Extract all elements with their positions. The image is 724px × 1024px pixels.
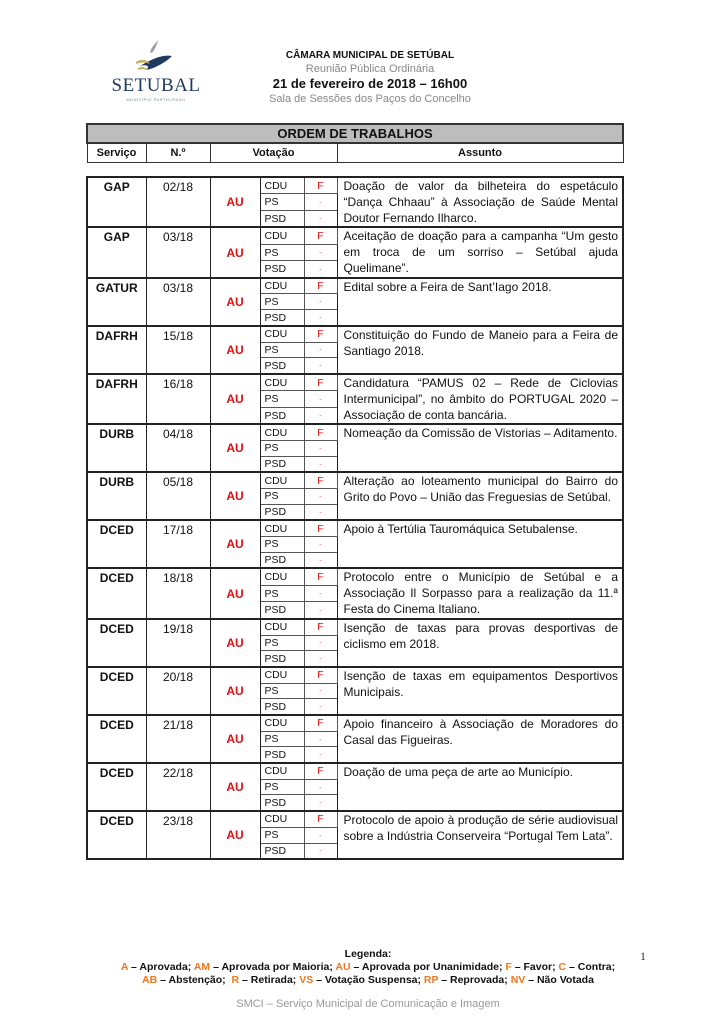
legend-title: Legenda: bbox=[80, 948, 656, 960]
logo-tagline: MUNICÍPIO PARTICIPADO bbox=[114, 97, 198, 102]
number-cell: 18/18 bbox=[146, 568, 210, 618]
vote-cell: - bbox=[304, 489, 337, 505]
vote-cell: - bbox=[304, 635, 337, 651]
vote-cell: F bbox=[304, 520, 337, 536]
legend-line-2: AB – Abstenção; R – Retirada; VS – Votaç… bbox=[80, 974, 656, 986]
subject-cell: Doação de uma peça de arte ao Município. bbox=[337, 763, 623, 811]
legend-description: – Contra; bbox=[566, 961, 615, 973]
vote-cell: - bbox=[304, 585, 337, 601]
number-cell: 02/18 bbox=[146, 177, 210, 227]
vote-cell: - bbox=[304, 310, 337, 326]
vote-cell: - bbox=[304, 358, 337, 374]
party-cell: PS bbox=[260, 779, 304, 795]
service-cell: GAP bbox=[87, 227, 146, 277]
footer-text: SMCI – Serviço Municipal de Comunicação … bbox=[80, 998, 656, 1010]
legend-description: – Aprovada por Unanimidade; bbox=[351, 961, 506, 973]
column-header-subject: Assunto bbox=[337, 143, 623, 163]
vote-cell: - bbox=[304, 261, 337, 278]
column-header-vote: Votação bbox=[210, 143, 337, 163]
vote-cell: - bbox=[304, 294, 337, 310]
party-cell: PS bbox=[260, 342, 304, 358]
party-cell: PSD bbox=[260, 456, 304, 472]
party-cell: PSD bbox=[260, 407, 304, 424]
logo-wordmark: SETUBAL bbox=[106, 75, 206, 97]
vote-cell: F bbox=[304, 715, 337, 731]
vote-cell: - bbox=[304, 699, 337, 715]
vote-cell: - bbox=[304, 342, 337, 358]
organization-name: CÂMARA MUNICIPAL DE SETÚBAL bbox=[240, 50, 500, 61]
legend-code: AM bbox=[194, 961, 210, 973]
vote-cell: F bbox=[304, 374, 337, 391]
legend-description: – Abstenção; bbox=[157, 974, 231, 986]
party-cell: CDU bbox=[260, 715, 304, 731]
party-cell: PS bbox=[260, 440, 304, 456]
party-cell: CDU bbox=[260, 326, 304, 342]
party-cell: PS bbox=[260, 294, 304, 310]
vote-cell: - bbox=[304, 683, 337, 699]
number-cell: 15/18 bbox=[146, 326, 210, 374]
result-cell: AU bbox=[210, 619, 260, 667]
party-cell: CDU bbox=[260, 568, 304, 585]
subject-cell: Isenção de taxas para provas desportivas… bbox=[337, 619, 623, 667]
logo-swoosh-icon bbox=[106, 40, 206, 76]
subject-cell: Doação de valor da bilheteira do espetác… bbox=[337, 177, 623, 227]
table-row: DURB04/18AUCDUFNomeação da Comissão de V… bbox=[87, 424, 623, 440]
service-cell: DURB bbox=[87, 472, 146, 520]
vote-cell: F bbox=[304, 568, 337, 585]
subject-cell: Alteração ao loteamento municipal do Bai… bbox=[337, 472, 623, 520]
vote-cell: - bbox=[304, 440, 337, 456]
agenda-table: GAP02/18AUCDUFDoação de valor da bilhete… bbox=[86, 176, 624, 860]
vote-cell: F bbox=[304, 227, 337, 244]
vote-cell: - bbox=[304, 244, 337, 260]
party-cell: PS bbox=[260, 585, 304, 601]
subject-cell: Apoio à Tertúlia Tauromáquica Setubalens… bbox=[337, 520, 623, 568]
subject-cell: Aceitação de doação para a campanha “Um … bbox=[337, 227, 623, 277]
result-cell: AU bbox=[210, 568, 260, 618]
subject-cell: Isenção de taxas em equipamentos Desport… bbox=[337, 667, 623, 715]
vote-cell: F bbox=[304, 811, 337, 827]
legend-description: – Não Votada bbox=[525, 974, 594, 986]
result-cell: AU bbox=[210, 177, 260, 227]
subject-cell: Protocolo entre o Município de Setúbal e… bbox=[337, 568, 623, 618]
party-cell: CDU bbox=[260, 227, 304, 244]
party-cell: PSD bbox=[260, 651, 304, 667]
table-row: DCED17/18AUCDUFApoio à Tertúlia Tauromáq… bbox=[87, 520, 623, 536]
legend-code: R bbox=[232, 974, 240, 986]
party-cell: PS bbox=[260, 635, 304, 651]
vote-cell: - bbox=[304, 537, 337, 553]
service-cell: DCED bbox=[87, 667, 146, 715]
party-cell: CDU bbox=[260, 374, 304, 391]
vote-cell: - bbox=[304, 747, 337, 763]
party-cell: PS bbox=[260, 391, 304, 407]
result-cell: AU bbox=[210, 374, 260, 424]
result-cell: AU bbox=[210, 667, 260, 715]
result-cell: AU bbox=[210, 278, 260, 326]
vote-cell: F bbox=[304, 278, 337, 294]
service-cell: DCED bbox=[87, 715, 146, 763]
party-cell: CDU bbox=[260, 520, 304, 536]
party-cell: CDU bbox=[260, 278, 304, 294]
subject-cell: Apoio financeiro à Associação de Morador… bbox=[337, 715, 623, 763]
party-cell: PSD bbox=[260, 747, 304, 763]
vote-cell: - bbox=[304, 194, 337, 210]
meeting-date-time: 21 de fevereiro de 2018 – 16h00 bbox=[240, 76, 500, 91]
vote-cell: F bbox=[304, 763, 337, 779]
legend-code: A bbox=[121, 961, 128, 973]
legend-code: AU bbox=[335, 961, 350, 973]
vote-cell: - bbox=[304, 779, 337, 795]
table-row: GATUR03/18AUCDUFEdital sobre a Feira de … bbox=[87, 278, 623, 294]
service-cell: DCED bbox=[87, 520, 146, 568]
party-cell: PSD bbox=[260, 358, 304, 374]
service-cell: GATUR bbox=[87, 278, 146, 326]
legend-description: – Favor; bbox=[512, 961, 559, 973]
result-cell: AU bbox=[210, 227, 260, 277]
number-cell: 20/18 bbox=[146, 667, 210, 715]
party-cell: PS bbox=[260, 827, 304, 843]
party-cell: PS bbox=[260, 683, 304, 699]
party-cell: PSD bbox=[260, 843, 304, 859]
legend-code: RP bbox=[424, 974, 438, 986]
table-row: DCED19/18AUCDUFIsenção de taxas para pro… bbox=[87, 619, 623, 635]
vote-cell: F bbox=[304, 424, 337, 440]
party-cell: PSD bbox=[260, 602, 304, 619]
page-number: 1 bbox=[640, 949, 646, 964]
result-cell: AU bbox=[210, 811, 260, 859]
agenda-header-table: ORDEM DE TRABALHOS Serviço N.º Votação A… bbox=[86, 123, 624, 163]
column-header-number: N.º bbox=[146, 143, 210, 163]
subject-cell: Nomeação da Comissão de Vistorias – Adit… bbox=[337, 424, 623, 472]
vote-cell: - bbox=[304, 210, 337, 227]
meeting-venue: Sala de Sessões dos Paços do Concelho bbox=[240, 93, 500, 105]
table-row: DURB05/18AUCDUFAlteração ao loteamento m… bbox=[87, 472, 623, 488]
party-cell: PSD bbox=[260, 699, 304, 715]
table-row: GAP03/18AUCDUFAceitação de doação para a… bbox=[87, 227, 623, 244]
party-cell: CDU bbox=[260, 811, 304, 827]
number-cell: 16/18 bbox=[146, 374, 210, 424]
table-row: DCED20/18AUCDUFIsenção de taxas em equip… bbox=[87, 667, 623, 683]
vote-cell: F bbox=[304, 667, 337, 683]
number-cell: 03/18 bbox=[146, 278, 210, 326]
number-cell: 22/18 bbox=[146, 763, 210, 811]
result-cell: AU bbox=[210, 715, 260, 763]
service-cell: DCED bbox=[87, 811, 146, 859]
vote-cell: F bbox=[304, 326, 337, 342]
table-row: DAFRH15/18AUCDUFConstituição do Fundo de… bbox=[87, 326, 623, 342]
party-cell: PSD bbox=[260, 261, 304, 278]
table-row: GAP02/18AUCDUFDoação de valor da bilhete… bbox=[87, 177, 623, 194]
subject-cell: Candidatura “PAMUS 02 – Rede de Ciclovia… bbox=[337, 374, 623, 424]
number-cell: 19/18 bbox=[146, 619, 210, 667]
vote-cell: F bbox=[304, 177, 337, 194]
party-cell: CDU bbox=[260, 424, 304, 440]
party-cell: PS bbox=[260, 489, 304, 505]
column-header-service: Serviço bbox=[87, 143, 146, 163]
party-cell: CDU bbox=[260, 763, 304, 779]
setubal-logo: SETUBAL MUNICÍPIO PARTICIPADO bbox=[106, 40, 206, 102]
service-cell: DAFRH bbox=[87, 326, 146, 374]
party-cell: PSD bbox=[260, 310, 304, 326]
number-cell: 05/18 bbox=[146, 472, 210, 520]
legend-description: – Aprovada por Maioria; bbox=[210, 961, 335, 973]
table-row: DCED21/18AUCDUFApoio financeiro à Associ… bbox=[87, 715, 623, 731]
result-cell: AU bbox=[210, 472, 260, 520]
party-cell: PSD bbox=[260, 795, 304, 811]
result-cell: AU bbox=[210, 763, 260, 811]
service-cell: DCED bbox=[87, 619, 146, 667]
legend-code: NV bbox=[511, 974, 526, 986]
subject-cell: Edital sobre a Feira de Sant’Iago 2018. bbox=[337, 278, 623, 326]
party-cell: PSD bbox=[260, 552, 304, 568]
legend-description: – Reprovada; bbox=[438, 974, 510, 986]
vote-cell: - bbox=[304, 731, 337, 747]
party-cell: PS bbox=[260, 731, 304, 747]
table-row: DCED18/18AUCDUFProtocolo entre o Municíp… bbox=[87, 568, 623, 585]
service-cell: DCED bbox=[87, 763, 146, 811]
party-cell: CDU bbox=[260, 472, 304, 488]
vote-cell: - bbox=[304, 552, 337, 568]
legend-description: – Votação Suspensa; bbox=[313, 974, 424, 986]
party-cell: CDU bbox=[260, 619, 304, 635]
meeting-type: Reunião Pública Ordinária bbox=[240, 63, 500, 75]
vote-cell: F bbox=[304, 472, 337, 488]
vote-cell: F bbox=[304, 619, 337, 635]
vote-cell: - bbox=[304, 407, 337, 424]
table-row: DCED23/18AUCDUFProtocolo de apoio à prod… bbox=[87, 811, 623, 827]
legend-description: – Aprovada; bbox=[128, 961, 194, 973]
number-cell: 03/18 bbox=[146, 227, 210, 277]
party-cell: CDU bbox=[260, 667, 304, 683]
vote-cell: - bbox=[304, 602, 337, 619]
party-cell: PSD bbox=[260, 210, 304, 227]
result-cell: AU bbox=[210, 424, 260, 472]
table-row: DCED22/18AUCDUFDoação de uma peça de art… bbox=[87, 763, 623, 779]
party-cell: PS bbox=[260, 244, 304, 260]
subject-cell: Constituição do Fundo de Maneio para a F… bbox=[337, 326, 623, 374]
service-cell: DAFRH bbox=[87, 374, 146, 424]
vote-cell: - bbox=[304, 795, 337, 811]
number-cell: 23/18 bbox=[146, 811, 210, 859]
vote-cell: - bbox=[304, 391, 337, 407]
legend-code: C bbox=[559, 961, 567, 973]
number-cell: 04/18 bbox=[146, 424, 210, 472]
result-cell: AU bbox=[210, 520, 260, 568]
service-cell: DCED bbox=[87, 568, 146, 618]
number-cell: 21/18 bbox=[146, 715, 210, 763]
number-cell: 17/18 bbox=[146, 520, 210, 568]
service-cell: DURB bbox=[87, 424, 146, 472]
party-cell: PS bbox=[260, 537, 304, 553]
service-cell: GAP bbox=[87, 177, 146, 227]
party-cell: CDU bbox=[260, 177, 304, 194]
party-cell: PSD bbox=[260, 504, 304, 520]
vote-cell: - bbox=[304, 827, 337, 843]
table-row: DAFRH16/18AUCDUFCandidatura “PAMUS 02 – … bbox=[87, 374, 623, 391]
result-cell: AU bbox=[210, 326, 260, 374]
legend-code: VS bbox=[299, 974, 313, 986]
vote-cell: - bbox=[304, 456, 337, 472]
legend-code: AB bbox=[142, 974, 157, 986]
vote-cell: - bbox=[304, 504, 337, 520]
legend-line-1: A – Aprovada; AM – Aprovada por Maioria;… bbox=[80, 961, 656, 973]
subject-cell: Protocolo de apoio à produção de série a… bbox=[337, 811, 623, 859]
vote-cell: - bbox=[304, 843, 337, 859]
table-title: ORDEM DE TRABALHOS bbox=[87, 124, 623, 143]
party-cell: PS bbox=[260, 194, 304, 210]
legend-description: – Retirada; bbox=[239, 974, 299, 986]
vote-cell: - bbox=[304, 651, 337, 667]
